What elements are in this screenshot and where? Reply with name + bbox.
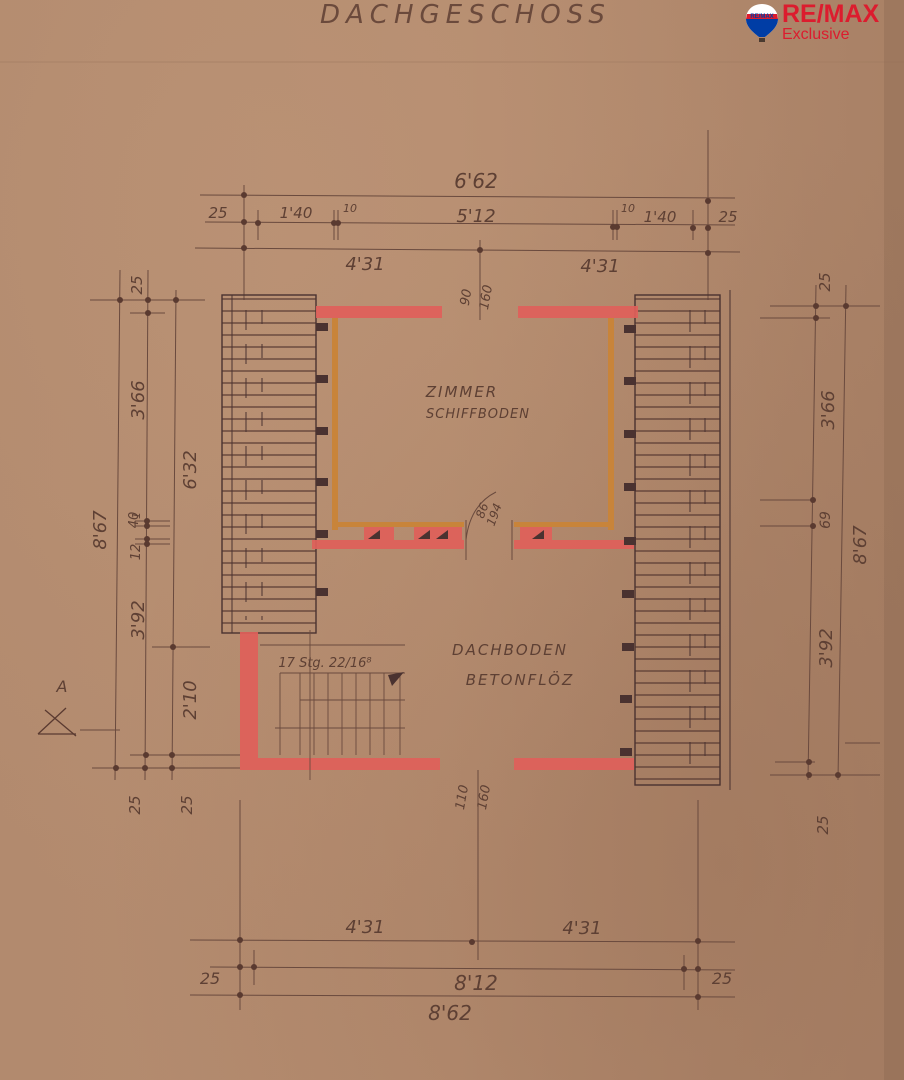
svg-text:110: 110 [453,784,472,811]
svg-text:69: 69 [818,511,834,529]
svg-text:25: 25 [712,969,732,988]
svg-text:6'62: 6'62 [454,169,498,193]
svg-text:8'67: 8'67 [90,510,111,550]
svg-text:160: 160 [477,284,496,311]
staircase [260,630,405,780]
svg-text:6'32: 6'32 [180,450,201,489]
svg-text:3'66: 3'66 [818,390,839,429]
svg-text:1: 1 [130,512,143,519]
svg-text:1'40: 1'40 [280,204,313,222]
svg-text:10: 10 [343,202,357,215]
svg-text:8'67: 8'67 [850,525,871,565]
svg-text:25: 25 [128,275,146,294]
svg-text:90: 90 [458,288,476,307]
svg-text:4'31: 4'31 [580,256,619,277]
svg-text:8'62: 8'62 [428,1001,472,1025]
svg-text:3'66: 3'66 [128,380,149,419]
room-floor-lower: BETONFLÖZ [466,670,575,689]
svg-text:12: 12 [129,544,144,561]
svg-text:25: 25 [208,204,227,222]
right-roof-panel [635,290,730,790]
floor-plan-drawing: 6'62 25 1'40 10 5'12 10 1'40 25 4'31 4'3… [0,0,904,1080]
room-floor-upper: SCHIFFBODEN [426,407,530,422]
svg-text:4'31: 4'31 [345,254,384,275]
svg-text:25: 25 [178,795,196,814]
stair-note: 17 Stg. 22/16⁸ [278,656,371,671]
svg-text:1'40: 1'40 [644,208,677,226]
svg-text:3'92: 3'92 [816,628,837,667]
svg-text:4'31: 4'31 [562,918,601,939]
svg-text:8'12: 8'12 [454,971,498,995]
left-roof-panel [222,295,316,633]
floor-plan-sheet: DACHGESCHOSS RE/MAX RE/MAX Exclusive [0,0,904,1080]
orange-partitions [332,318,614,530]
svg-text:25: 25 [126,795,144,814]
svg-text:25: 25 [814,815,832,834]
svg-text:25: 25 [200,969,220,988]
room-name-upper: ZIMMER [425,383,498,401]
svg-text:4'31: 4'31 [345,917,384,938]
svg-text:2'10: 2'10 [180,680,201,719]
svg-text:10: 10 [621,202,635,215]
section-marker [38,708,76,736]
svg-text:25: 25 [718,208,737,226]
section-label: A [56,677,68,696]
svg-text:25: 25 [816,272,834,291]
svg-text:3'92: 3'92 [128,600,149,639]
svg-text:5'12: 5'12 [456,206,495,227]
room-name-lower: DACHBODEN [452,641,568,659]
svg-text:160: 160 [475,784,494,811]
